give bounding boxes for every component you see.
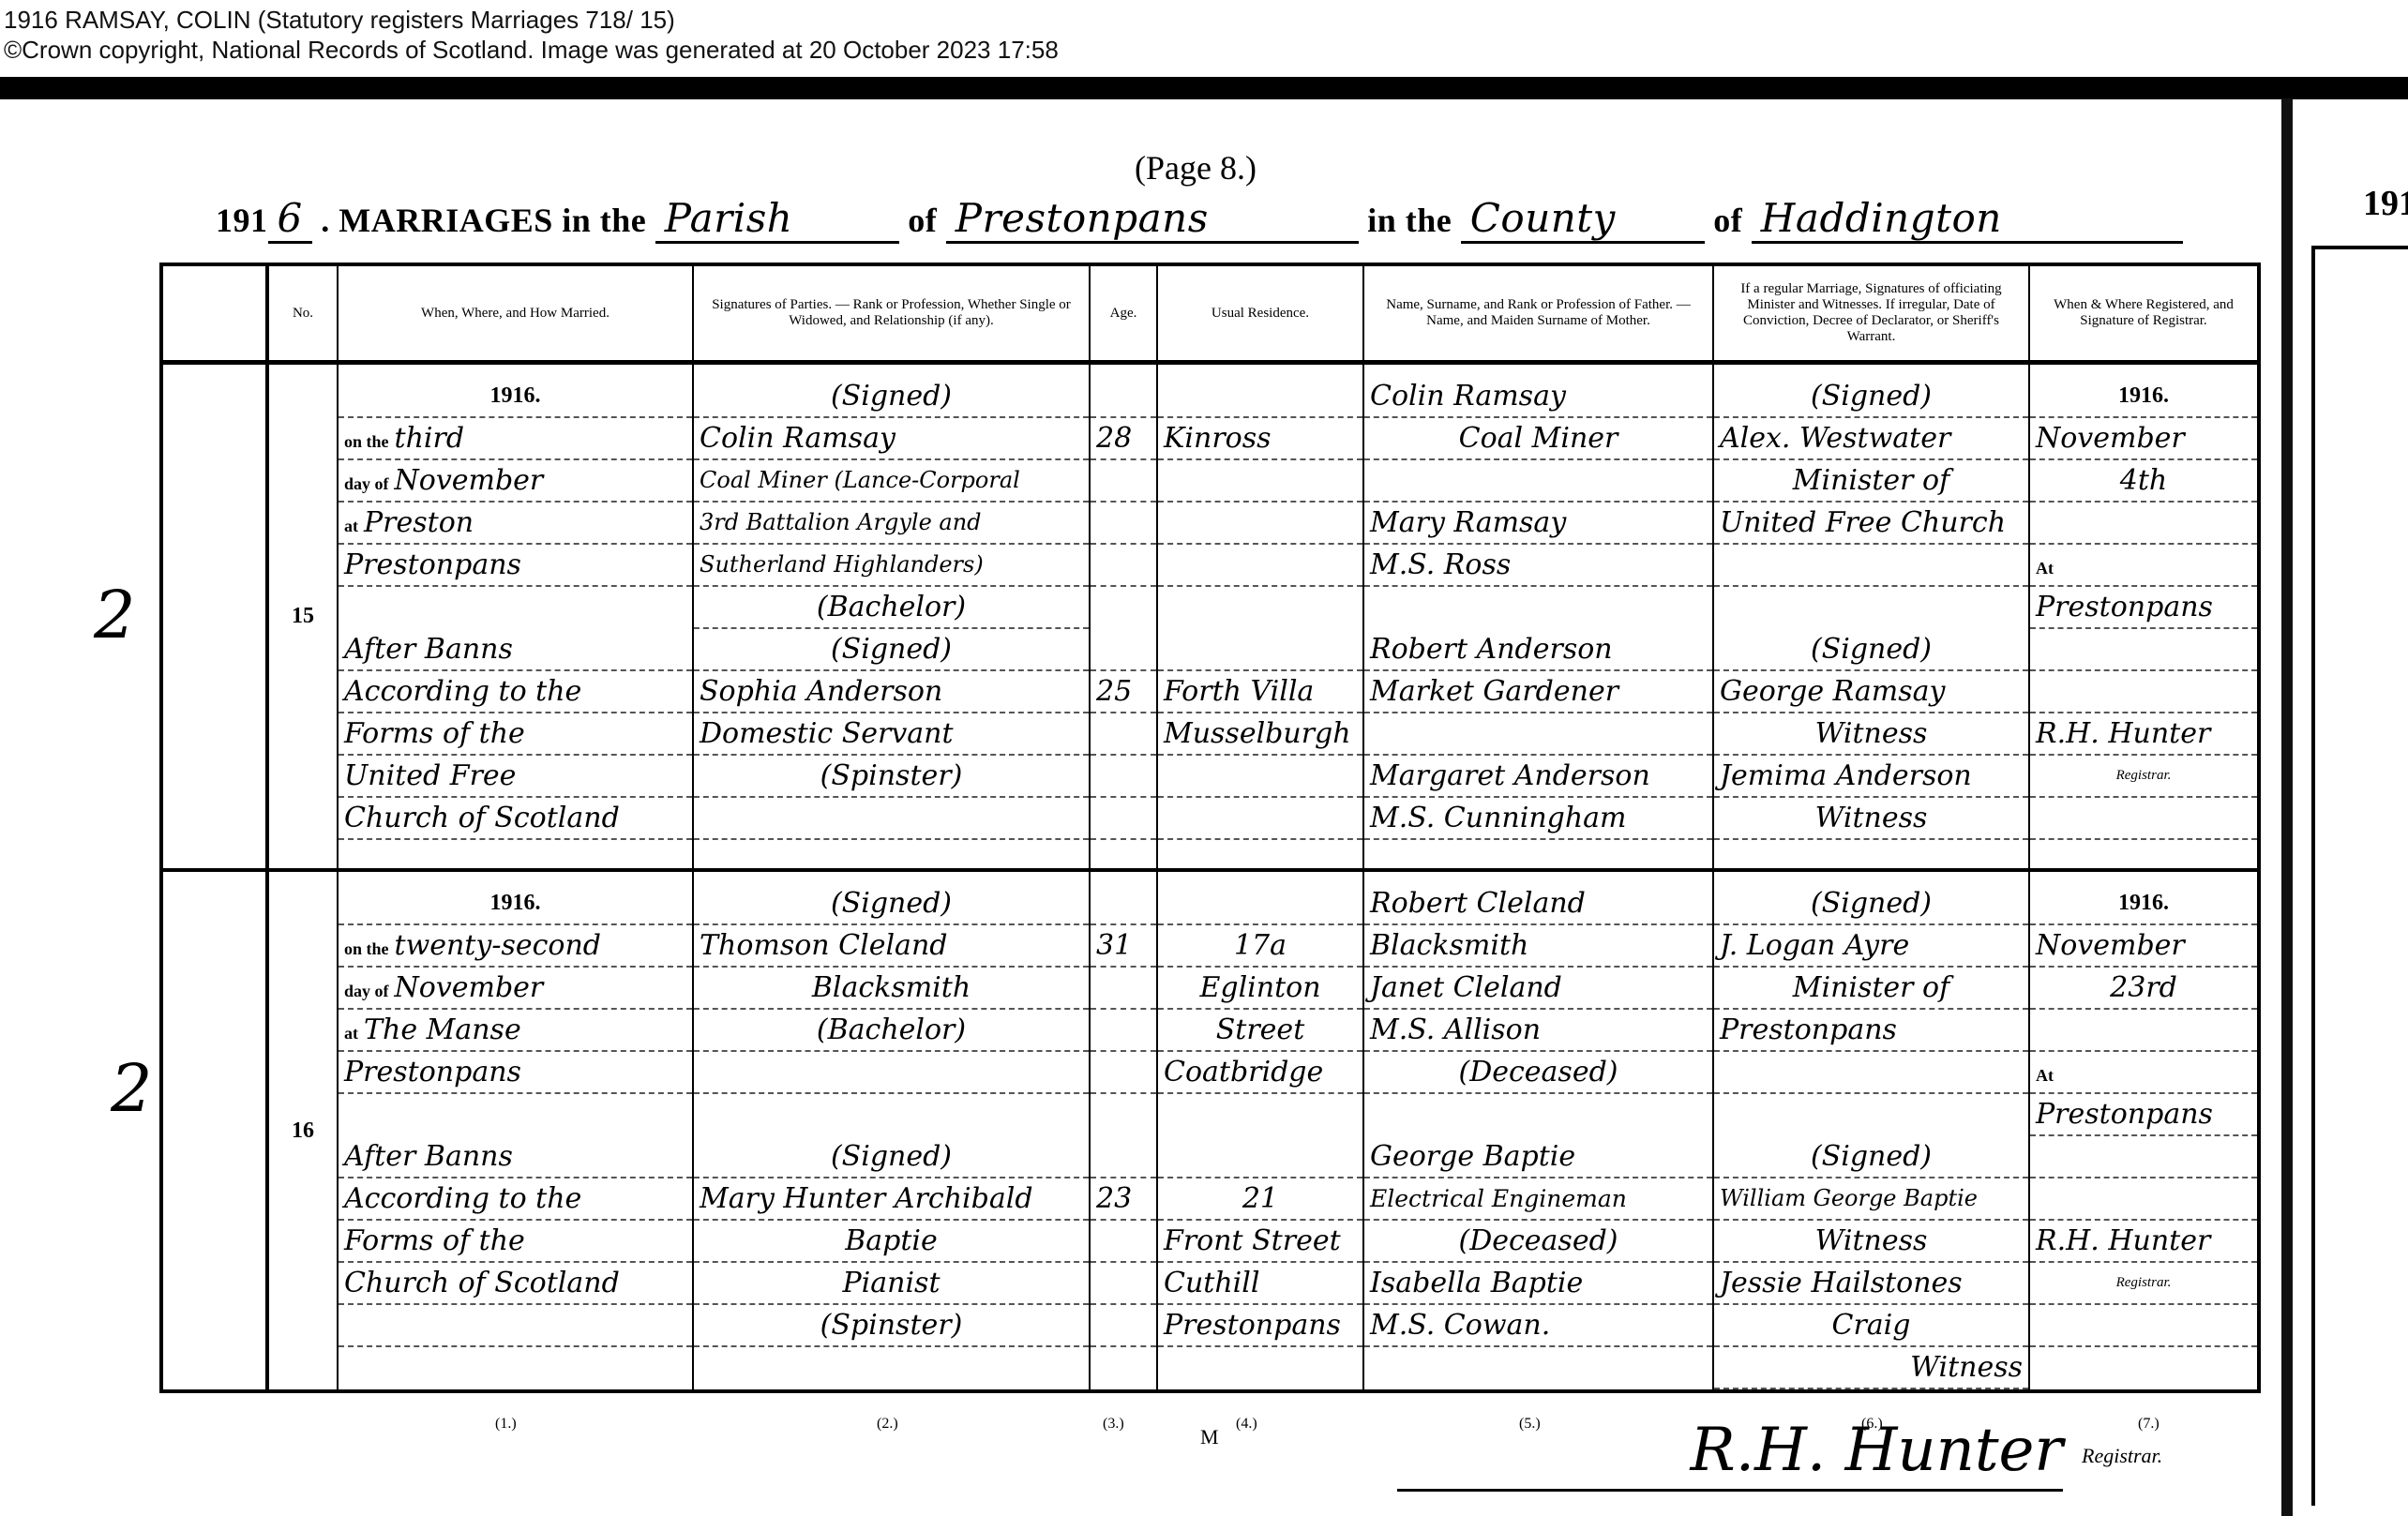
- bride-father-occupation: Electrical Engineman: [1364, 1178, 1712, 1221]
- bride-father-name: George Baptie: [1364, 1136, 1712, 1178]
- marriage-month: November: [395, 464, 544, 497]
- groom-father-name: Colin Ramsay: [1364, 376, 1712, 418]
- margin-cell: [161, 870, 267, 1391]
- margin-mark-entry-15: 2: [94, 577, 136, 653]
- bride-witness-cell: (Signed) George Ramsay Witness Jemima An…: [1713, 629, 2029, 870]
- minister-name: Alex. Westwater: [1714, 418, 2028, 460]
- bride-signature-cell: (Signed) Sophia Anderson Domestic Servan…: [693, 629, 1090, 870]
- scan-top-border: [0, 77, 2408, 99]
- col-header-age: Age.: [1090, 264, 1157, 363]
- bride-residence-4: Prestonpans: [1158, 1305, 1362, 1347]
- groom-status: (Bachelor): [694, 1010, 1089, 1052]
- entry-number: 15: [267, 363, 338, 871]
- witness-2-label: Witness: [1714, 798, 2028, 840]
- bride-mother-name: Margaret Anderson: [1364, 756, 1712, 798]
- marriage-month: November: [395, 971, 544, 1004]
- marriage-register-table: No. When, Where, and How Married. Signat…: [159, 263, 2261, 1393]
- groom-residence-4: Coatbridge: [1158, 1052, 1362, 1094]
- registrar-label: Registrar.: [2030, 1263, 2257, 1305]
- district-type: Parish: [655, 195, 899, 244]
- label-day-of: day of: [344, 982, 389, 1000]
- bride-mother-maiden: M.S. Cowan.: [1364, 1305, 1712, 1347]
- label-at: At: [2036, 559, 2054, 578]
- col-header-signatures: Signatures of Parties. — Rank or Profess…: [693, 264, 1090, 363]
- bride-residence-2: Musselburgh: [1158, 713, 1362, 756]
- margin-column-header: [161, 264, 267, 363]
- when-where-cell: 1916. on thetwenty-second day ofNovember…: [338, 870, 693, 1136]
- bride-name: Sophia Anderson: [694, 671, 1089, 713]
- how-married-line-3: Forms of the: [339, 713, 692, 756]
- label-day-of: day of: [344, 474, 389, 493]
- registration-day: 23rd: [2030, 968, 2257, 1010]
- how-married-line-2: According to the: [339, 671, 692, 713]
- registration-cell: 1916. November 4th At Prestonpans: [2029, 363, 2259, 630]
- bride-father-name: Robert Anderson: [1364, 629, 1712, 671]
- label-on-the: on the: [344, 939, 389, 958]
- marriage-place-2: Prestonpans: [339, 1052, 692, 1094]
- bride-occupation: Pianist: [694, 1263, 1089, 1305]
- groom-occupation: Blacksmith: [694, 968, 1089, 1010]
- parish-name: Prestonpans: [946, 195, 1359, 244]
- registration-month: November: [2030, 925, 2257, 968]
- groom-residence: 17a: [1158, 925, 1362, 968]
- signed-label: (Signed): [1714, 629, 2028, 671]
- how-married-line-2: According to the: [339, 1178, 692, 1221]
- groom-parents-cell: Robert Cleland Blacksmith Janet Cleland …: [1363, 870, 1713, 1136]
- bride-occupation: Domestic Servant: [694, 713, 1089, 756]
- groom-age-cell: 31: [1090, 870, 1157, 1136]
- witness-2-name-2: Craig: [1714, 1305, 2028, 1347]
- witness-1-label: Witness: [1714, 713, 2028, 756]
- registration-place: Prestonpans: [2030, 587, 2257, 629]
- column-number-1: (1.): [495, 1416, 517, 1433]
- groom-occupation-3: Sutherland Highlanders): [694, 545, 1089, 587]
- bride-name: Mary Hunter Archibald: [694, 1178, 1089, 1221]
- county-name: Haddington: [1752, 195, 2183, 244]
- groom-signature-cell: (Signed) Thomson Cleland Blacksmith (Bac…: [693, 870, 1090, 1136]
- entry-15-groom-row: 15 1916. on thethird day ofNovember atPr…: [161, 363, 2259, 630]
- groom-name: Thomson Cleland: [694, 925, 1089, 968]
- footer-registrar-signature: R.H. Hunter: [1397, 1416, 2063, 1492]
- record-caption-title: 1916 RAMSAY, COLIN (Statutory registers …: [4, 6, 675, 34]
- groom-residence-cell: Kinross: [1157, 363, 1363, 630]
- bride-age: 25: [1091, 671, 1156, 713]
- marriage-place-2: Prestonpans: [339, 545, 692, 587]
- groom-signature-cell: (Signed) Colin Ramsay Coal Miner (Lance-…: [693, 363, 1090, 630]
- bride-signature-cell: (Signed) Mary Hunter Archibald Baptie Pi…: [693, 1136, 1090, 1391]
- entry-number: 16: [267, 870, 338, 1391]
- copyright-caption: ©Crown copyright, National Records of Sc…: [4, 36, 1059, 64]
- registration-year: 1916.: [2030, 883, 2257, 925]
- col-header-parents: Name, Surname, and Rank or Profession of…: [1363, 264, 1713, 363]
- next-page-year: 191: [2363, 183, 2408, 224]
- witness-2-label: Witness: [1714, 1347, 2028, 1389]
- registrar-signature: R.H. Hunter: [2030, 713, 2257, 756]
- county-type: County: [1461, 195, 1705, 244]
- signed-label: (Signed): [694, 629, 1089, 671]
- registration-place: Prestonpans: [2030, 1094, 2257, 1136]
- bride-witness-cell: (Signed) William George Baptie Witness J…: [1713, 1136, 2029, 1391]
- col-header-when-where-how: When, Where, and How Married.: [338, 264, 693, 363]
- groom-witness-cell: (Signed) J. Logan Ayre Minister of Prest…: [1713, 870, 2029, 1136]
- column-number-4: (4.): [1236, 1416, 1257, 1433]
- marriage-place: Preston: [364, 506, 474, 539]
- entry-16-bride-row: After Banns According to the Forms of th…: [161, 1136, 2259, 1391]
- label-at: at: [344, 517, 358, 535]
- groom-mother-name: Mary Ramsay: [1364, 503, 1712, 545]
- when-where-cell: 1916. on thethird day ofNovember atPrest…: [338, 363, 693, 630]
- bride-age: 23: [1091, 1178, 1156, 1221]
- groom-age: 28: [1091, 418, 1156, 460]
- col-header-witnesses: If a regular Marriage, Signatures of off…: [1713, 264, 2029, 363]
- signed-label: (Signed): [694, 376, 1089, 418]
- how-married-line-5: Church of Scotland: [339, 798, 692, 840]
- title-of-1: of: [908, 202, 937, 239]
- marriage-year: 1916.: [339, 883, 692, 925]
- groom-father-occupation: Blacksmith: [1364, 925, 1712, 968]
- page-number: (Page 8.): [1135, 148, 1257, 188]
- next-page-table-edge: [2311, 246, 2408, 1506]
- entry-15-bride-row: After Banns According to the Forms of th…: [161, 629, 2259, 870]
- registration-day: 4th: [2030, 460, 2257, 503]
- signed-label: (Signed): [1714, 376, 2028, 418]
- groom-status: (Bachelor): [694, 587, 1089, 629]
- signed-label: (Signed): [1714, 1136, 2028, 1178]
- bride-status: (Spinster): [694, 1305, 1089, 1347]
- groom-name: Colin Ramsay: [694, 418, 1089, 460]
- groom-residence: Kinross: [1158, 418, 1362, 460]
- column-number-2: (2.): [877, 1416, 898, 1433]
- registration-cell: 1916. November 23rd At Prestonpans: [2029, 870, 2259, 1136]
- title-of-2: of: [1713, 202, 1742, 239]
- groom-residence-2: Eglinton: [1158, 968, 1362, 1010]
- minister-title: Minister of: [1714, 460, 2028, 503]
- bride-residence-2: Front Street: [1158, 1221, 1362, 1263]
- title-year-prefix: 191: [216, 202, 268, 239]
- groom-parents-cell: Colin Ramsay Coal Miner Mary Ramsay M.S.…: [1363, 363, 1713, 630]
- label-at: at: [344, 1024, 358, 1043]
- bride-age-cell: 23: [1090, 1136, 1157, 1391]
- registrar-cell: R.H. Hunter Registrar.: [2029, 1136, 2259, 1391]
- registrar-label: Registrar.: [2030, 756, 2257, 798]
- groom-age-cell: 28: [1090, 363, 1157, 630]
- registrar-signature: R.H. Hunter: [2030, 1221, 2257, 1263]
- bride-residence: 21: [1158, 1178, 1362, 1221]
- marriage-year: 1916.: [339, 376, 692, 418]
- registration-month: November: [2030, 418, 2257, 460]
- marriage-place: The Manse: [364, 1013, 521, 1046]
- how-married-line-4: Church of Scotland: [339, 1263, 692, 1305]
- bride-residence-cell: Forth Villa Musselburgh: [1157, 629, 1363, 870]
- minister-parish: Prestonpans: [1714, 1010, 2028, 1052]
- label-at: At: [2036, 1066, 2054, 1085]
- witness-1-label: Witness: [1714, 1221, 2028, 1263]
- margin-cell: [161, 363, 267, 871]
- bride-parents-cell: George Baptie Electrical Engineman (Dece…: [1363, 1136, 1713, 1391]
- bride-parents-cell: Robert Anderson Market Gardener Margaret…: [1363, 629, 1713, 870]
- col-header-no: No.: [267, 264, 338, 363]
- bride-father-deceased: (Deceased): [1364, 1221, 1712, 1263]
- label-on-the: on the: [344, 432, 389, 451]
- bride-residence-3: Cuthill: [1158, 1263, 1362, 1305]
- margin-mark-entry-16: 2: [111, 1050, 153, 1127]
- signed-label: (Signed): [1714, 883, 2028, 925]
- bride-father-occupation: Market Gardener: [1364, 671, 1712, 713]
- groom-residence-3: Street: [1158, 1010, 1362, 1052]
- how-married-cell: After Banns According to the Forms of th…: [338, 629, 693, 870]
- groom-father-occupation: Coal Miner: [1364, 418, 1712, 460]
- minister-name: J. Logan Ayre: [1714, 925, 2028, 968]
- groom-mother-maiden: M.S. Ross: [1364, 545, 1712, 587]
- groom-witness-cell: (Signed) Alex. Westwater Minister of Uni…: [1713, 363, 2029, 630]
- bride-mother-maiden: M.S. Cunningham: [1364, 798, 1712, 840]
- how-married-line-1: After Banns: [339, 629, 692, 671]
- bride-residence-cell: 21 Front Street Cuthill Prestonpans: [1157, 1136, 1363, 1391]
- title-in-the: in the: [1367, 202, 1452, 239]
- col-header-residence: Usual Residence.: [1157, 264, 1363, 363]
- how-married-line-4: United Free: [339, 756, 692, 798]
- footer-registrar-label: Registrar.: [2082, 1444, 2162, 1468]
- groom-mother-deceased: (Deceased): [1364, 1052, 1712, 1094]
- marriage-day: third: [395, 422, 465, 455]
- witness-2-name: Jessie Hailstones: [1714, 1263, 2028, 1305]
- registrar-cell: R.H. Hunter Registrar.: [2029, 629, 2259, 870]
- minister-title: Minister of: [1714, 968, 2028, 1010]
- bride-surname: Baptie: [694, 1221, 1089, 1263]
- marriage-day: twenty-second: [395, 929, 602, 962]
- bride-residence: Forth Villa: [1158, 671, 1362, 713]
- witness-1-name: William George Baptie: [1714, 1178, 2028, 1221]
- page-gutter: [2281, 98, 2293, 1516]
- witness-1-name: George Ramsay: [1714, 671, 2028, 713]
- how-married-line-3: Forms of the: [339, 1221, 692, 1263]
- signed-label: (Signed): [694, 883, 1089, 925]
- entry-16-groom-row: 16 1916. on thetwenty-second day ofNovem…: [161, 870, 2259, 1136]
- bride-mother-name: Isabella Baptie: [1364, 1263, 1712, 1305]
- register-title: 1916 . MARRIAGES in the Parish of Presto…: [216, 195, 2183, 244]
- bride-age-cell: 25: [1090, 629, 1157, 870]
- header-row: No. When, Where, and How Married. Signat…: [161, 264, 2259, 363]
- registration-year: 1916.: [2030, 376, 2257, 418]
- m-mark: M: [1200, 1425, 1219, 1449]
- witness-2-name: Jemima Anderson: [1714, 756, 2028, 798]
- how-married-line-1: After Banns: [339, 1136, 692, 1178]
- title-marriages: . MARRIAGES in the: [321, 202, 646, 239]
- column-number-3: (3.): [1103, 1416, 1124, 1433]
- col-header-registered: When & Where Registered, and Signature o…: [2029, 264, 2259, 363]
- how-married-cell: After Banns According to the Forms of th…: [338, 1136, 693, 1391]
- column-number-7: (7.): [2138, 1416, 2160, 1433]
- minister-church: United Free Church: [1714, 503, 2028, 545]
- groom-father-name: Robert Cleland: [1364, 883, 1712, 925]
- groom-mother-name: Janet Cleland: [1364, 968, 1712, 1010]
- groom-occupation: Coal Miner (Lance-Corporal: [694, 460, 1089, 503]
- bride-status: (Spinster): [694, 756, 1089, 798]
- groom-occupation-2: 3rd Battalion Argyle and: [694, 503, 1089, 545]
- signed-label: (Signed): [694, 1136, 1089, 1178]
- groom-residence-cell: 17a Eglinton Street Coatbridge: [1157, 870, 1363, 1136]
- title-year-suffix: 6: [268, 195, 312, 244]
- groom-age: 31: [1091, 925, 1156, 968]
- groom-mother-maiden: M.S. Allison: [1364, 1010, 1712, 1052]
